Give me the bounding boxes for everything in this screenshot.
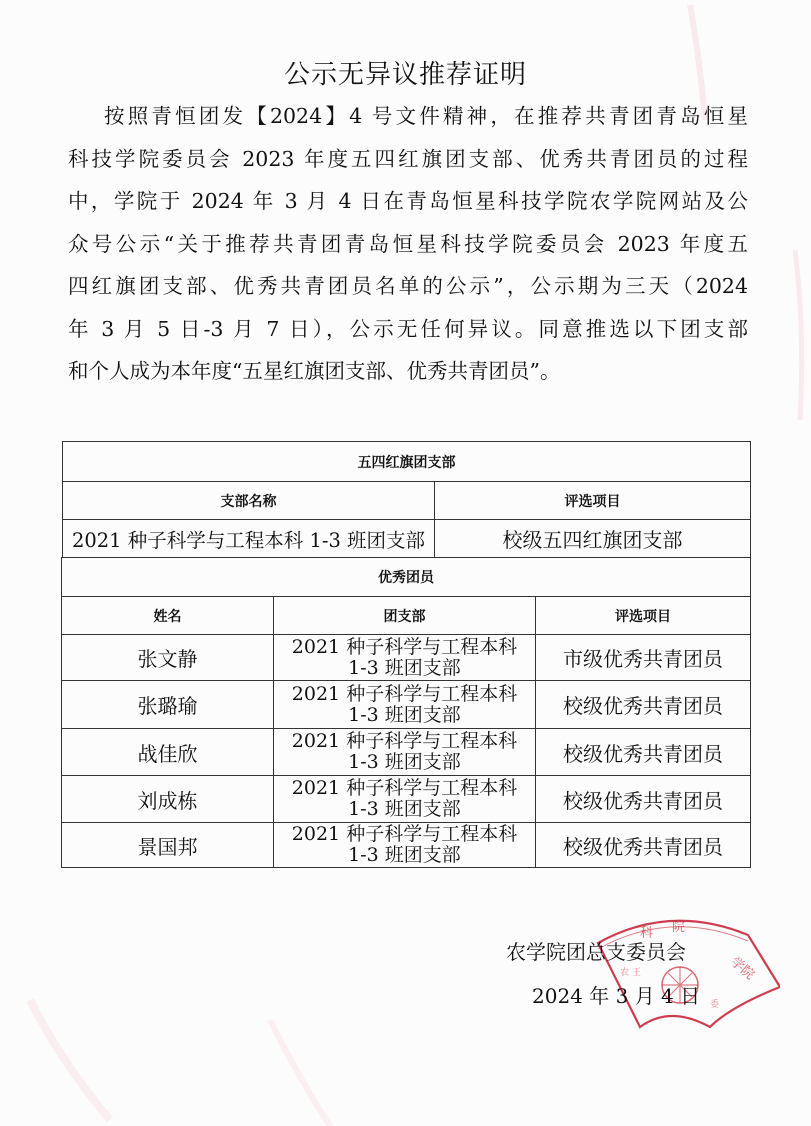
member-branch-cell: 2021 种子科学与工程本科 1-3 班团支部 (274, 681, 536, 729)
body-paragraph: 按照青恒团发【2024】4 号文件精神，在推荐共青团青岛恒星 科技学院委员会 2… (68, 95, 748, 393)
table-row: 战佳欣 2021 种子科学与工程本科 1-3 班团支部 校级优秀共青团员 (62, 729, 751, 776)
paragraph-line: 中，学院于 2024 年 3 月 4 日在青岛恒星科技学院农学院网站及公 (68, 180, 748, 223)
award-cell: 校级五四红旗团支部 (435, 520, 751, 558)
member-name-cell: 景国邦 (62, 823, 274, 868)
signing-organization: 农学院团总支委员会 (506, 936, 686, 965)
member-section-title: 优秀团员 (62, 558, 751, 597)
member-award-cell: 校级优秀共青团员 (536, 729, 751, 776)
official-seal-stamp: 科 院 学院 农 王 委 (580, 915, 780, 1035)
column-header-branch: 团支部 (274, 597, 536, 635)
table-row: 2021 种子科学与工程本科 1-3 班团支部 校级五四红旗团支部 (63, 520, 751, 558)
branch-section-title: 五四红旗团支部 (63, 442, 751, 482)
table-row: 张文静 2021 种子科学与工程本科 1-3 班团支部 市级优秀共青团员 (62, 635, 751, 681)
member-name-cell: 张文静 (62, 635, 274, 681)
document-title: 公示无异议推荐证明 (0, 54, 811, 91)
paragraph-line: 科技学院委员会 2023 年度五四红旗团支部、优秀共青团员的过程 (68, 138, 748, 181)
member-branch-cell: 2021 种子科学与工程本科 1-3 班团支部 (274, 776, 536, 823)
member-name-cell: 战佳欣 (62, 729, 274, 776)
branch-line-2: 1-3 班团支部 (274, 752, 535, 773)
member-table: 优秀团员 姓名 团支部 评选项目 张文静 2021 种子科学与工程本科 1-3 … (61, 557, 751, 868)
table-row: 张璐瑜 2021 种子科学与工程本科 1-3 班团支部 校级优秀共青团员 (62, 681, 751, 729)
member-award-cell: 校级优秀共青团员 (536, 776, 751, 823)
branch-line-2: 1-3 班团支部 (274, 705, 535, 726)
svg-text:委: 委 (710, 998, 719, 1010)
branch-line-2: 1-3 班团支部 (274, 845, 535, 866)
paragraph-line: 年 3 月 5 日-3 月 7 日），公示无任何异议。同意推选以下团支部 (68, 308, 748, 351)
column-header-branch-name: 支部名称 (63, 482, 435, 520)
member-branch-cell: 2021 种子科学与工程本科 1-3 班团支部 (274, 823, 536, 868)
branch-line-2: 1-3 班团支部 (274, 658, 535, 679)
column-header-award: 评选项目 (536, 597, 751, 635)
paragraph-line: 四红旗团支部、优秀共青团员名单的公示”，公示期为三天（2024 (68, 265, 748, 308)
branch-line-1: 2021 种子科学与工程本科 (274, 684, 535, 705)
svg-text:院: 院 (672, 920, 685, 935)
member-award-cell: 市级优秀共青团员 (536, 635, 751, 681)
signing-date: 2024 年 3 月 4 日 (532, 980, 700, 1009)
table-row: 刘成栋 2021 种子科学与工程本科 1-3 班团支部 校级优秀共青团员 (62, 776, 751, 823)
svg-text:农 王: 农 王 (620, 966, 641, 978)
branch-line-1: 2021 种子科学与工程本科 (274, 731, 535, 752)
column-header-award: 评选项目 (435, 482, 751, 520)
paragraph-line: 按照青恒团发【2024】4 号文件精神，在推荐共青团青岛恒星 (68, 95, 748, 138)
member-branch-cell: 2021 种子科学与工程本科 1-3 班团支部 (274, 635, 536, 681)
table-row: 景国邦 2021 种子科学与工程本科 1-3 班团支部 校级优秀共青团员 (62, 823, 751, 868)
branch-table: 五四红旗团支部 支部名称 评选项目 2021 种子科学与工程本科 1-3 班团支… (62, 441, 751, 558)
paragraph-line: 众号公示“关于推荐共青团青岛恒星科技学院委员会 2023 年度五 (68, 223, 748, 266)
member-award-cell: 校级优秀共青团员 (536, 681, 751, 729)
member-award-cell: 校级优秀共青团员 (536, 823, 751, 868)
branch-line-2: 1-3 班团支部 (274, 799, 535, 820)
paragraph-line: 和个人成为本年度“五星红旗团支部、优秀共青团员”。 (68, 350, 748, 393)
member-name-cell: 刘成栋 (62, 776, 274, 823)
member-branch-cell: 2021 种子科学与工程本科 1-3 班团支部 (274, 729, 536, 776)
branch-line-1: 2021 种子科学与工程本科 (274, 637, 535, 658)
svg-text:学院: 学院 (727, 955, 757, 983)
column-header-name: 姓名 (62, 597, 274, 635)
branch-line-1: 2021 种子科学与工程本科 (274, 824, 535, 845)
member-name-cell: 张璐瑜 (62, 681, 274, 729)
branch-name-cell: 2021 种子科学与工程本科 1-3 班团支部 (63, 520, 435, 558)
branch-line-1: 2021 种子科学与工程本科 (274, 778, 535, 799)
